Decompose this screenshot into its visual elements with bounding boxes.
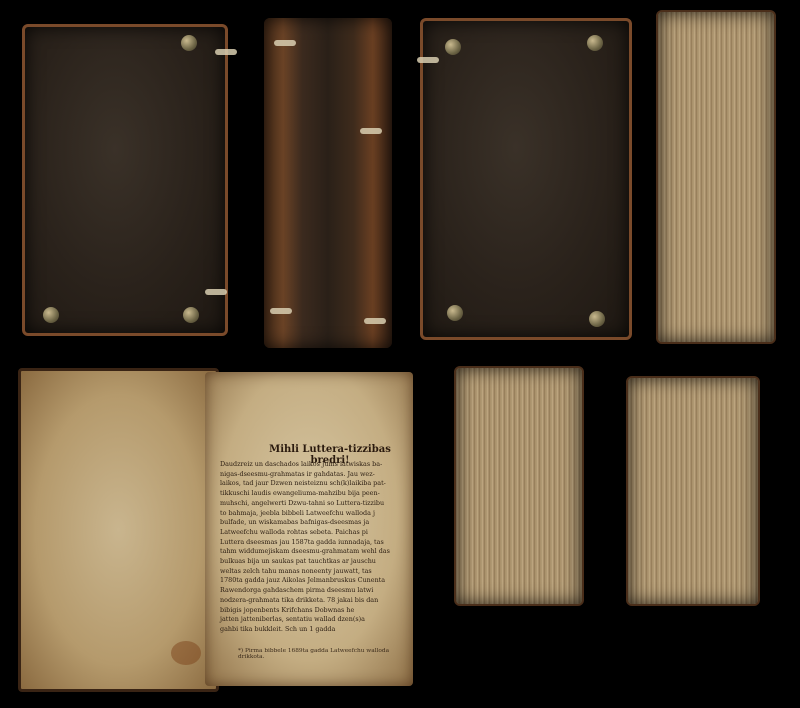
text-line: tikkuschi laudis ewangeliuma-mahzibu bij… [220, 489, 405, 499]
text-line: bibigis jopenbents Krifchans Dobwnas he [220, 606, 405, 616]
tie-string [364, 318, 386, 324]
tie-string [274, 40, 296, 46]
photo-scene: Mihli Luttera-tizzibas bredri! Daudzreiz… [0, 0, 800, 708]
text-line: Rawendorga gahdaschem pirma dseesmu latw… [220, 586, 405, 596]
spine [264, 18, 392, 348]
text-line: nigas-dseesmu-grahmatas ir gahdatas. Jau… [220, 470, 405, 480]
corner-boss [447, 305, 463, 321]
corner-boss [445, 39, 461, 55]
text-line: Latweefchu walloda rohtas sebeta. Paicha… [220, 528, 405, 538]
text-line: Luttera dseesmas jau 1587ta gadda iunnad… [220, 538, 405, 548]
footnote: *) Pirma bibbele 1689ta gadda Latweefchu… [238, 648, 403, 660]
text-line: nodzera-grahmata tika drikketa. 78 jakai… [220, 596, 405, 606]
corner-boss [589, 311, 605, 327]
corner-boss [587, 35, 603, 51]
tie-string [417, 57, 439, 63]
text-line: muhschi, angelwerti Dzwu-tahni so Lutter… [220, 499, 405, 509]
text-line: to bahmaja, jeebla bibbeli Latweefchu wa… [220, 509, 405, 519]
bottom-edge [626, 376, 760, 606]
front-cover [22, 24, 228, 336]
corner-boss [43, 307, 59, 323]
stain [171, 641, 201, 665]
left-page [18, 368, 219, 692]
text-line: Daudzreiz un daschados laikos Jums latwi… [220, 460, 405, 470]
text-line: weltas zelch tahu manas noneenty jauwatt… [220, 567, 405, 577]
text-line: bulfade, un wiskamabas bafnigas-dseesmas… [220, 518, 405, 528]
text-line: gahbi tika bukkleit. Sch un 1 gadda [220, 625, 405, 635]
page-body: Daudzreiz un daschados laikos Jums latwi… [220, 460, 405, 635]
tie-string [205, 289, 227, 295]
tie-string [270, 308, 292, 314]
tie-string [215, 49, 237, 55]
text-line: bulkuas bija un saukas pat tauchtkas ar … [220, 557, 405, 567]
back-cover [420, 18, 632, 340]
fore-edge [656, 10, 776, 344]
text-line: 1780ta gadda jauz Aikolas Jelmanbruskus … [220, 576, 405, 586]
text-line: tahm widdumejiskam dseesmu-grahmatam weh… [220, 547, 405, 557]
corner-boss [183, 307, 199, 323]
top-edge [454, 366, 584, 606]
corner-boss [181, 35, 197, 51]
text-line: laikos, tad jaur Dzwen neisteiznu sch(k)… [220, 479, 405, 489]
tie-string [360, 128, 382, 134]
text-line: jatten jatteniberlas, sentatiu wallad dz… [220, 615, 405, 625]
